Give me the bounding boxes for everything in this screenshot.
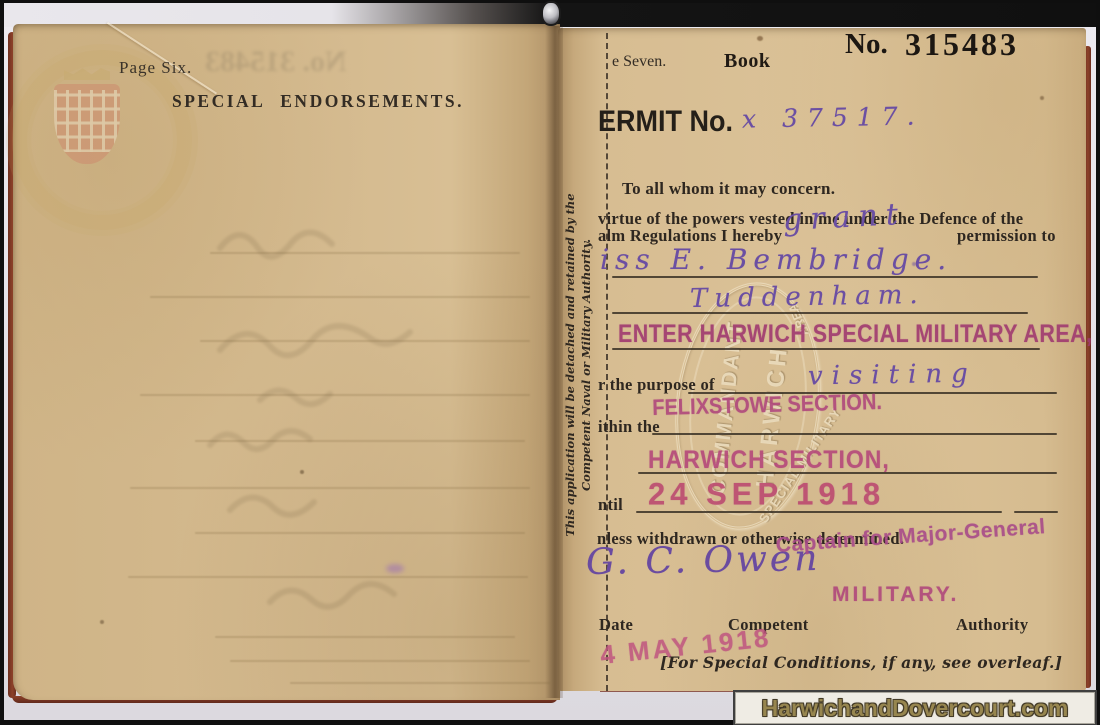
name-handwritten: iss E. Bembridge. bbox=[600, 243, 952, 276]
within-label: ithin the bbox=[598, 417, 660, 437]
page-six-label: Page Six. bbox=[119, 58, 192, 78]
authority-column-label: Authority bbox=[956, 615, 1028, 635]
section-line bbox=[638, 472, 1057, 474]
date-column-label: Date bbox=[599, 615, 633, 635]
address-line bbox=[612, 312, 1028, 314]
enter-area-stamp: ENTER HARWICH SPECIAL MILITARY AREA, bbox=[618, 321, 1093, 349]
bleed-line bbox=[195, 440, 525, 442]
staple-icon bbox=[541, 1, 561, 26]
area-line bbox=[612, 348, 1040, 350]
serial-number-prefix: No. bbox=[845, 28, 888, 61]
scanned-permit-document: { "left_page": { "page_label": "Page Six… bbox=[0, 0, 1100, 725]
until-label: ntil bbox=[598, 495, 623, 515]
special-endorsements-heading: SPECIAL ENDORSEMENTS. bbox=[172, 91, 464, 112]
permission-to-label: permission to bbox=[957, 226, 1056, 246]
bleed-line bbox=[150, 296, 530, 298]
address-handwritten: Tuddenham. bbox=[690, 280, 925, 314]
within-line bbox=[652, 433, 1057, 435]
permit-no-label: ERMIT No. bbox=[598, 105, 733, 138]
bleedthrough-serial: No. 315483 bbox=[205, 45, 347, 79]
bleed-line bbox=[215, 636, 515, 638]
harwich-section-stamp: HARWICH SECTION, bbox=[648, 445, 890, 475]
bleed-line bbox=[130, 487, 530, 489]
purpose-handwritten: visiting bbox=[808, 359, 977, 392]
salutation: To all whom it may concern. bbox=[622, 179, 835, 199]
special-conditions-note: [For Special Conditions, if any, see ove… bbox=[660, 653, 1062, 672]
watermark-text: HarwichandDovercourt.com bbox=[762, 695, 1069, 722]
book-label: Book bbox=[724, 50, 770, 73]
bleed-line bbox=[210, 252, 520, 254]
permit-number-handwritten: x 37517. bbox=[742, 101, 924, 133]
page-seven-label: e Seven. bbox=[612, 53, 666, 71]
until-line bbox=[636, 511, 1002, 513]
serial-number: 315483 bbox=[905, 26, 1019, 63]
until-line-short bbox=[1014, 511, 1058, 513]
website-watermark: HarwichandDovercourt.com bbox=[733, 690, 1097, 725]
name-line bbox=[612, 276, 1038, 278]
bleed-line bbox=[230, 660, 530, 662]
left-page bbox=[13, 24, 560, 700]
margin-note-line1: This application will be detached and re… bbox=[562, 85, 578, 645]
bleed-line bbox=[195, 532, 525, 534]
military-stamp: MILITARY. bbox=[832, 583, 959, 607]
bleed-line bbox=[290, 682, 550, 684]
grant-handwritten: grant bbox=[782, 197, 906, 238]
bleed-line bbox=[200, 340, 530, 342]
bleed-line bbox=[140, 394, 530, 396]
bleed-line bbox=[128, 576, 528, 578]
until-date-stamp: 24 SEP 1918 bbox=[648, 476, 885, 513]
